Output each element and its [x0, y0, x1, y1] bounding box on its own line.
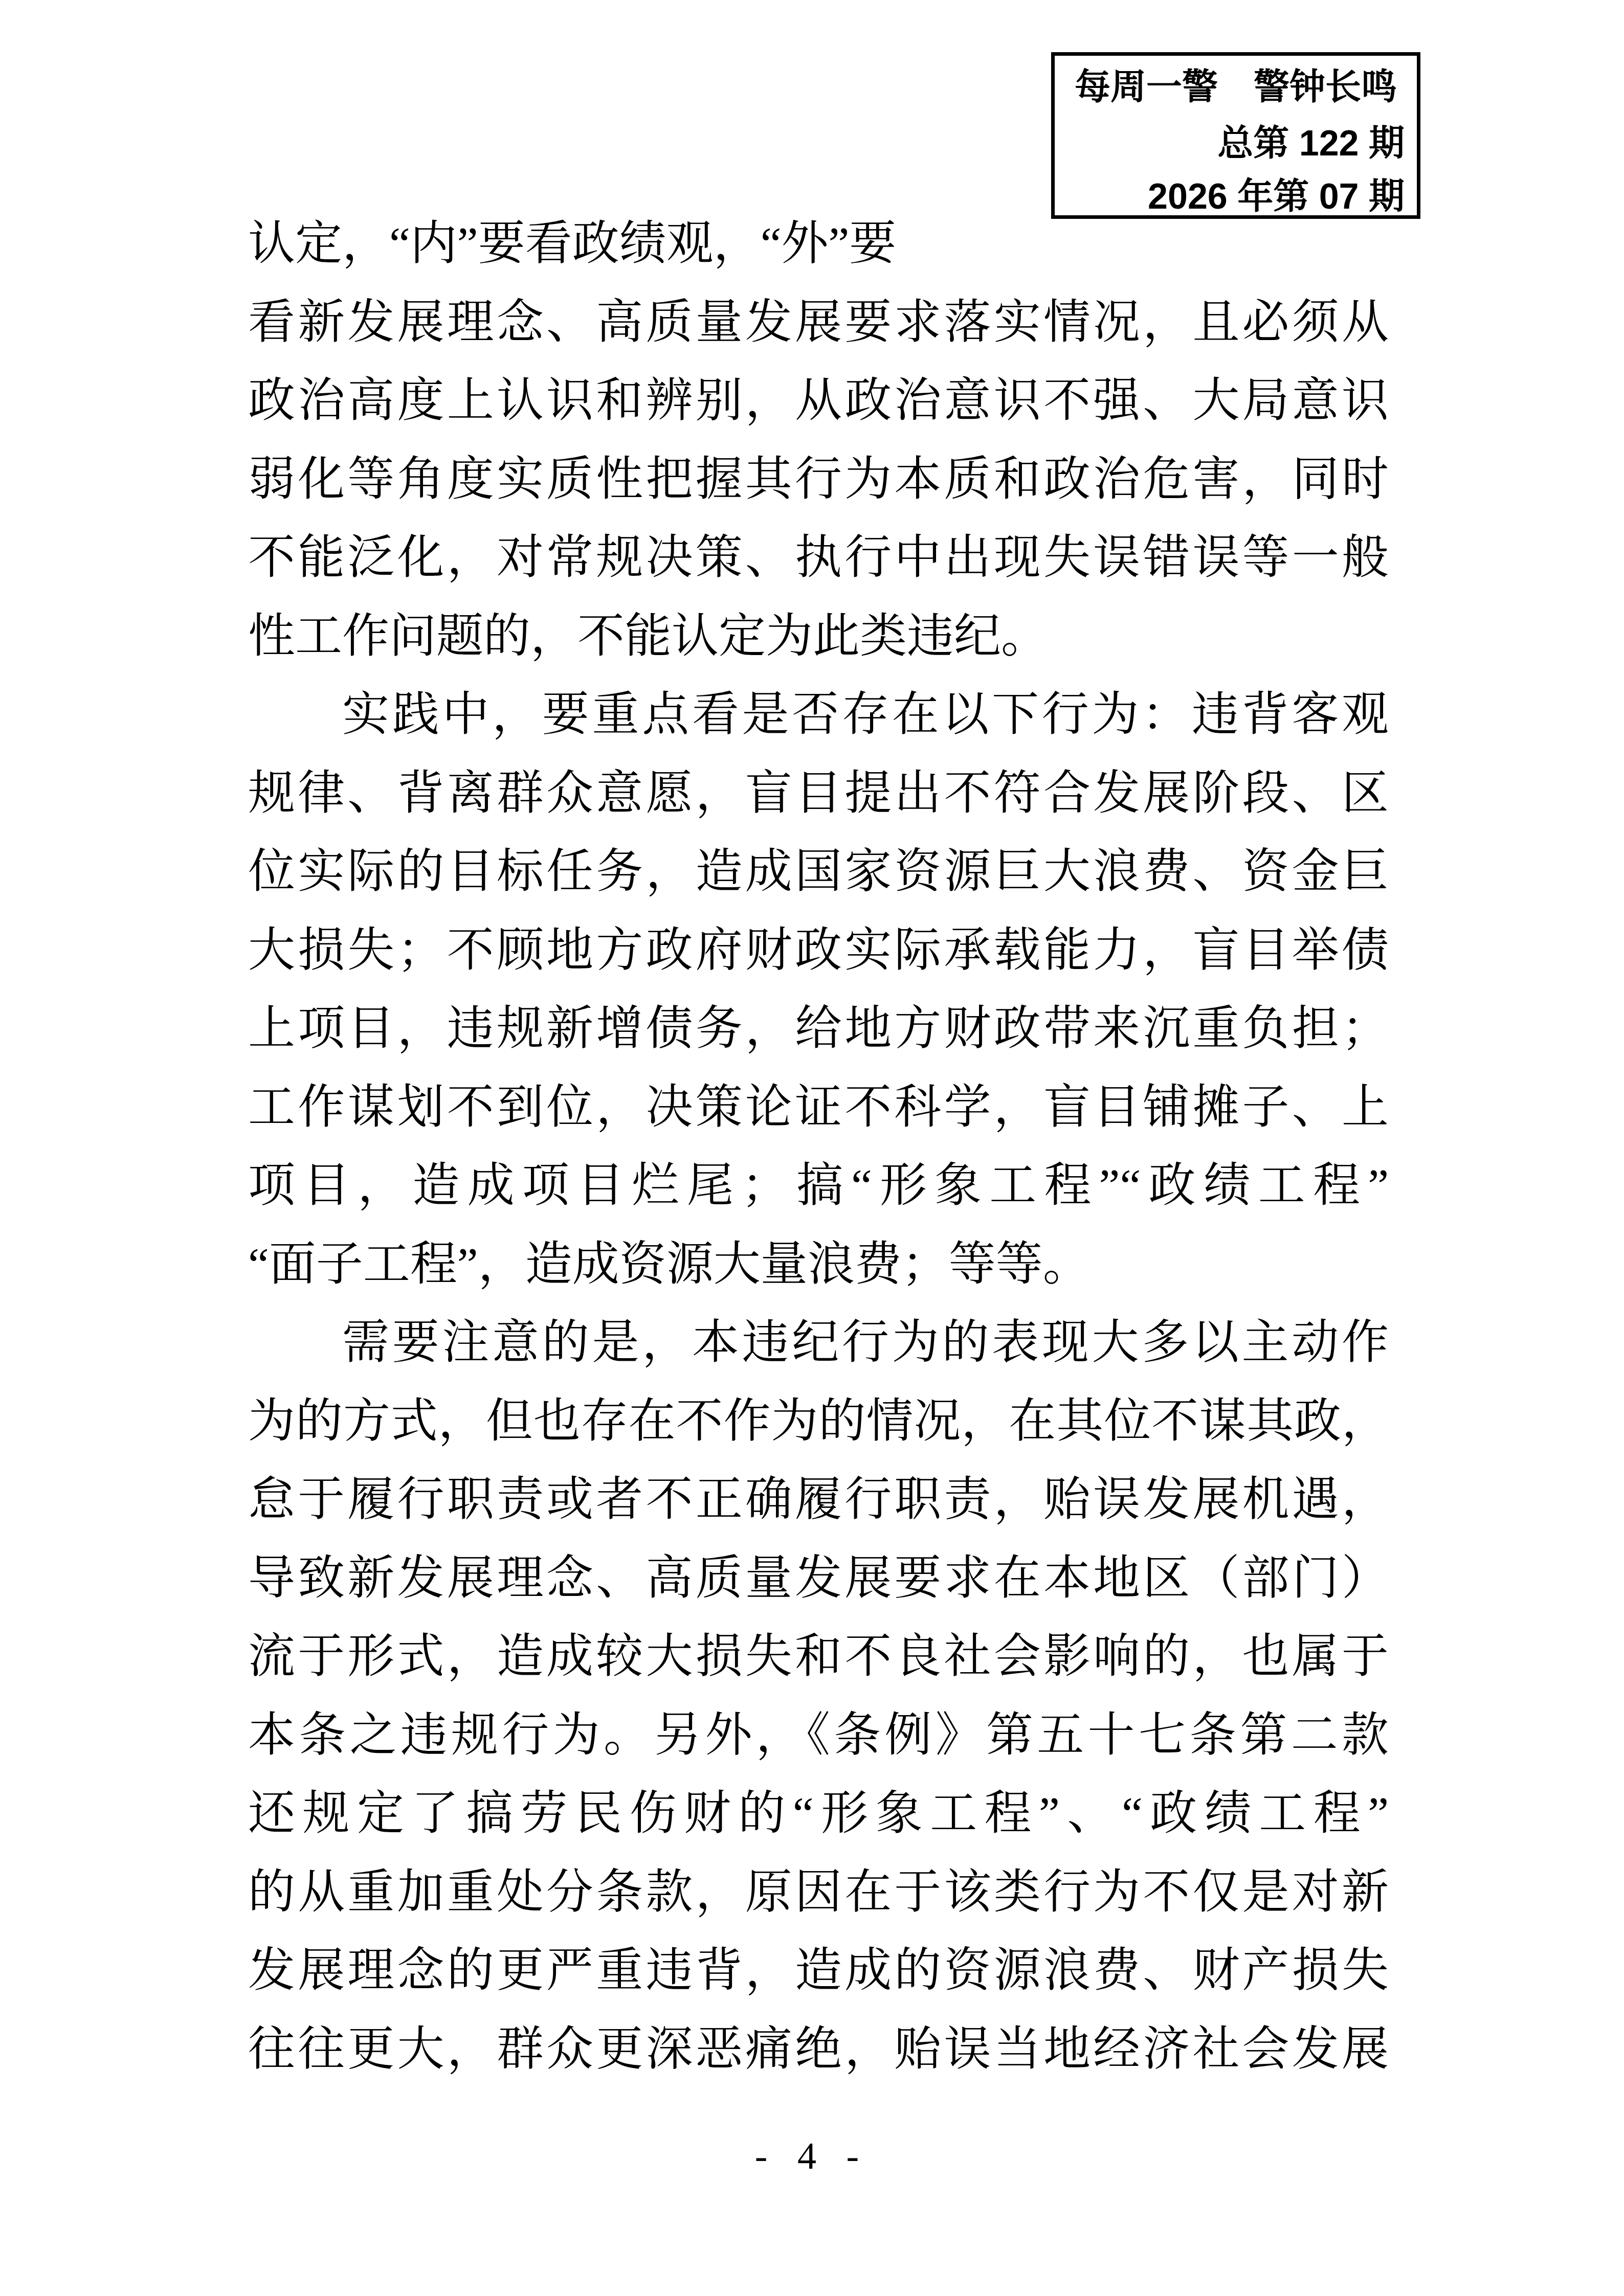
body-line: 弱化等角度实质性把握其行为本质和政治危害，同时 [248, 440, 1389, 519]
body-line: 需要注意的是，本违纪行为的表现大多以主动作 [248, 1303, 1389, 1382]
body-line: 规律、背离群众意愿，盲目提出不符合发展阶段、区 [248, 754, 1389, 833]
body-line: 发展理念的更严重违背，造成的资源浪费、财产损失 [248, 1931, 1389, 2010]
body-line: 本条之违规行为。另外，《条例》第五十七条第二款 [248, 1696, 1389, 1775]
body-text: 认定，“内”要看政绩观，“外”要看新发展理念、高质量发展要求落实情况，且必须从政… [248, 205, 1389, 2088]
body-line: 为的方式，但也存在不作为的情况，在其位不谋其政， [248, 1382, 1389, 1461]
body-line: 上项目，违规新增债务，给地方财政带来沉重负担； [248, 989, 1389, 1068]
body-line: 流于形式，造成较大损失和不良社会影响的，也属于 [248, 1617, 1389, 1696]
body-line: 的从重加重处分条款，原因在于该类行为不仅是对新 [248, 1853, 1389, 1932]
body-line: 导致新发展理念、高质量发展要求在本地区（部门） [248, 1539, 1389, 1618]
body-line: 大损失；不顾地方政府财政实际承载能力，盲目举债 [248, 911, 1389, 990]
page-number: - 4 - [0, 2137, 1624, 2175]
body-line: 不能泛化，对常规决策、执行中出现失误错误等一般 [248, 519, 1389, 597]
body-line: 位实际的目标任务，造成国家资源巨大浪费、资金巨 [248, 832, 1389, 911]
body-line: 项目，造成项目烂尾；搞“形象工程”“政绩工程” [248, 1146, 1389, 1225]
body-line: 看新发展理念、高质量发展要求落实情况，且必须从 [248, 283, 1389, 362]
body-line: 认定，“内”要看政绩观，“外”要 [248, 205, 1389, 283]
masthead-box: 每周一警 警钟长鸣 总第 122 期 2026 年第 07 期 [1051, 52, 1420, 219]
body-line: 怠于履行职责或者不正确履行职责，贻误发展机遇， [248, 1460, 1389, 1539]
body-line: 实践中，要重点看是否存在以下行为：违背客观 [248, 676, 1389, 754]
masthead-title: 每周一警 警钟长鸣 [1055, 69, 1417, 105]
body-line: 工作谋划不到位，决策论证不科学，盲目铺摊子、上 [248, 1068, 1389, 1147]
body-line: “面子工程”，造成资源大量浪费；等等。 [248, 1225, 1389, 1304]
masthead-issue-total: 总第 122 期 [1055, 125, 1417, 161]
body-line: 还规定了搞劳民伤财的“形象工程”、“政绩工程” [248, 1774, 1389, 1853]
document-page: 每周一警 警钟长鸣 总第 122 期 2026 年第 07 期 认定，“内”要看… [0, 0, 1624, 2296]
body-line: 往往更大，群众更深恶痛绝，贻误当地经济社会发展 [248, 2010, 1389, 2089]
body-line: 性工作问题的，不能认定为此类违纪。 [248, 597, 1389, 676]
body-line: 政治高度上认识和辨别，从政治意识不强、大局意识 [248, 362, 1389, 440]
